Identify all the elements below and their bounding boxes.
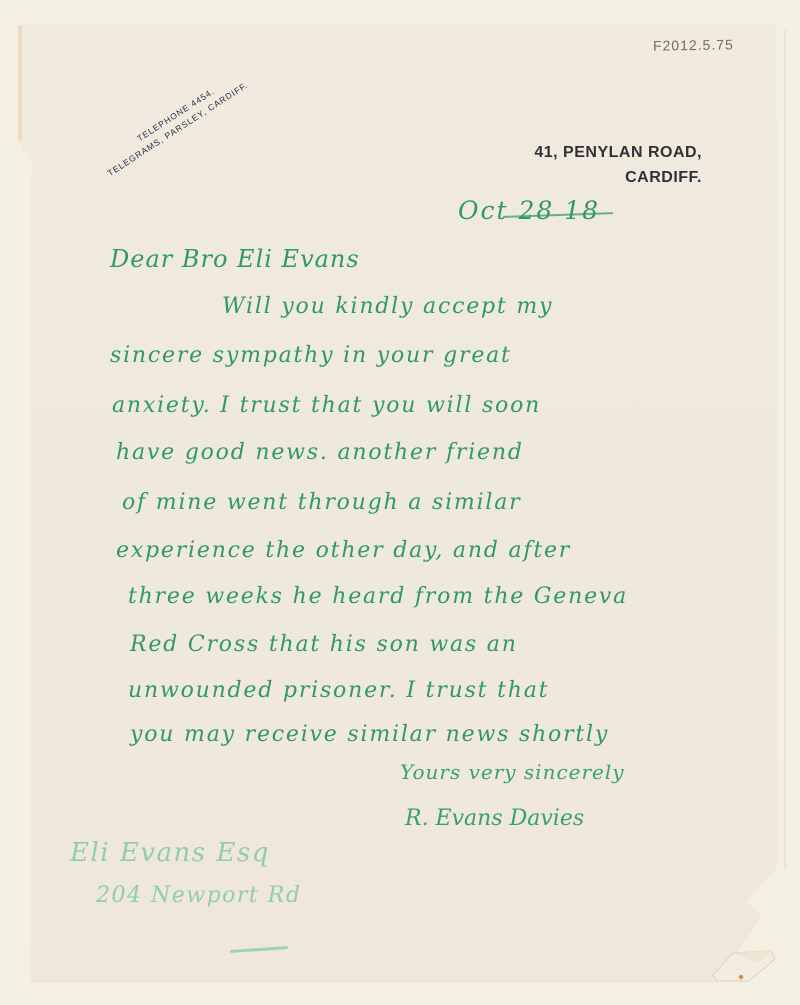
- letter-signature: R. Evans Davies: [405, 806, 584, 831]
- folded-corner: [709, 915, 781, 985]
- letter-closing: Yours very sincerely: [400, 760, 625, 784]
- accession-number: F2012.5.75: [653, 36, 734, 53]
- body-line-3: anxiety. I trust that you will soon: [112, 393, 541, 418]
- body-line-2: sincere sympathy in your great: [110, 343, 512, 368]
- address-line-2: CARDIFF.: [534, 165, 702, 190]
- body-line-10: you may receive similar news shortly: [130, 722, 609, 747]
- letter-date: Oct 28 18: [458, 196, 600, 225]
- body-line-5: of mine went through a similar: [122, 490, 522, 515]
- recipient-address: 204 Newport Rd: [96, 883, 301, 908]
- salutation: Dear Bro Eli Evans: [110, 245, 360, 273]
- body-line-7: three weeks he heard from the Geneva: [128, 584, 628, 609]
- recipient-name: Eli Evans Esq: [70, 838, 270, 868]
- body-line-9: unwounded prisoner. I trust that: [128, 678, 549, 703]
- address-line-1: 41, PENYLAN ROAD,: [534, 140, 702, 165]
- body-line-8: Red Cross that his son was an: [130, 632, 518, 657]
- body-line-4: have good news. another friend: [116, 440, 524, 465]
- body-line-6: experience the other day, and after: [116, 538, 571, 563]
- paper-edge: [784, 30, 786, 870]
- letterhead-address: 41, PENYLAN ROAD, CARDIFF.: [534, 140, 702, 190]
- document-viewer: F2012.5.75 TELEPHONE 4454. TELEGRAMS, PA…: [0, 0, 800, 1005]
- body-line-1: Will you kindly accept my: [222, 294, 553, 319]
